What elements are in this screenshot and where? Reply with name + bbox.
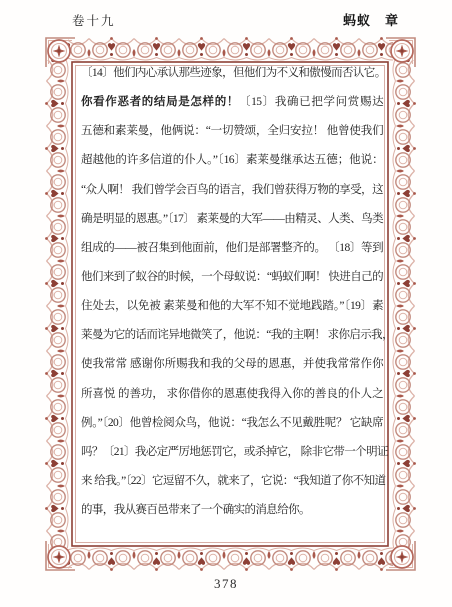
emphasis-text: 你看作恶者的结局是怎样的！ [81, 96, 239, 108]
text-line: 超越他的许多信道的仆人。”〔16〕素莱曼继承达五德；他说： [81, 146, 383, 175]
text-line: 五德和素莱曼，他俩说：“一切赞颂，全归安拉！ 他曾使我们 [81, 117, 383, 146]
text-line: 确是明显的恩惠。”〔17〕 素莱曼的大军——由精灵、人类、鸟类 [81, 205, 383, 234]
text-line: 吗？〔21〕我必定严厉地惩罚它，或杀掉它， 除非它带一个明证 [81, 438, 383, 467]
book-page: 卷十九 蚂蚁 章 [0, 0, 452, 607]
chapter-title: 蚂蚁 章 [343, 10, 399, 29]
plain-text: 莱曼为它的话而诧异地微笑了，他说：“我的主啊！ 求你启示我， [81, 329, 393, 341]
page-number: 378 [0, 576, 452, 592]
text-line: 例。”〔20〕他曾检阅众鸟，他说：“我怎么不见戴胜呢？ 它缺席 [81, 409, 383, 438]
text-line: 所喜悦 的善功， 求你借你的恩惠使我得入你的善良的仆人之 [81, 380, 383, 409]
body-text: 〔14〕他们内心承认那些迹象，但他们为不义和傲慢而否认它。你看作恶者的结局是怎样… [81, 59, 383, 525]
text-line: 的事，我从赛百邑带来了一个确实的消息给你。 [81, 496, 383, 525]
plain-text: 五德和素莱曼，他俩说：“一切赞颂，全归安拉！ 他曾使我们 [81, 125, 383, 137]
text-line: 你看作恶者的结局是怎样的！〔15〕我确已把学问赏赐达 [81, 88, 383, 117]
text-line: 使我常常 感谢你所赐我和我的父母的恩惠，并使我常常作你 [81, 350, 383, 379]
plain-text: 例。”〔20〕他曾检阅众鸟，他说：“我怎么不见戴胜呢？ 它缺席 [81, 417, 383, 429]
text-line: 组成的——被召集到他面前，他们是部署整齐的。 〔18〕等到 [81, 234, 383, 263]
plain-text: 的事，我从赛百邑带来了一个确实的消息给你。 [81, 504, 310, 516]
text-line: 莱曼为它的话而诧异地微笑了，他说：“我的主啊！ 求你启示我， [81, 321, 383, 350]
text-line: 住处去，以免被 素莱曼和他的大军不知不觉地践踏。”〔19〕素 [81, 292, 383, 321]
plain-text: 超越他的许多信道的仆人。”〔16〕素莱曼继承达五德；他说： [81, 154, 383, 166]
plain-text: 吗？〔21〕我必定严厉地惩罚它，或杀掉它， 除非它带一个明证 [81, 446, 388, 458]
volume-label: 卷十九 [72, 11, 116, 29]
plain-text: “众人啊！ 我们曾学会百鸟的语言，我们曾获得万物的享受，这 [81, 184, 383, 196]
text-line: “众人啊！ 我们曾学会百鸟的语言，我们曾获得万物的享受，这 [81, 176, 383, 205]
plain-text: 〔14〕他们内心承认那些迹象，但他们为不义和傲慢而否认它。 [81, 67, 386, 79]
plain-text: 〔15〕我确已把学问赏赐达 [239, 96, 383, 108]
plain-text: 确是明显的恩惠。”〔17〕 素莱曼的大军——由精灵、人类、鸟类 [81, 213, 383, 225]
plain-text: 来 给我。”〔22〕它逗留不久，就来了，它说：“我知道了你不知道 [81, 475, 385, 487]
text-line: 他们来到了蚁谷的时候，一个母蚁说：“蚂蚁们啊！ 快进自己的 [81, 263, 383, 292]
plain-text: 组成的——被召集到他面前，他们是部署整齐的。 〔18〕等到 [81, 242, 383, 254]
plain-text: 使我常常 感谢你所赐我和我的父母的恩惠，并使我常常作你 [81, 358, 383, 370]
plain-text: 所喜悦 的善功， 求你借你的恩惠使我得入你的善良的仆人之 [81, 388, 383, 400]
plain-text: 住处去，以免被 素莱曼和他的大军不知不觉地践踏。”〔19〕素 [81, 300, 383, 312]
plain-text: 他们来到了蚁谷的时候，一个母蚁说：“蚂蚁们啊！ 快进自己的 [81, 271, 383, 283]
text-line: 来 给我。”〔22〕它逗留不久，就来了，它说：“我知道了你不知道 [81, 467, 383, 496]
text-line: 〔14〕他们内心承认那些迹象，但他们为不义和傲慢而否认它。 [81, 59, 383, 88]
